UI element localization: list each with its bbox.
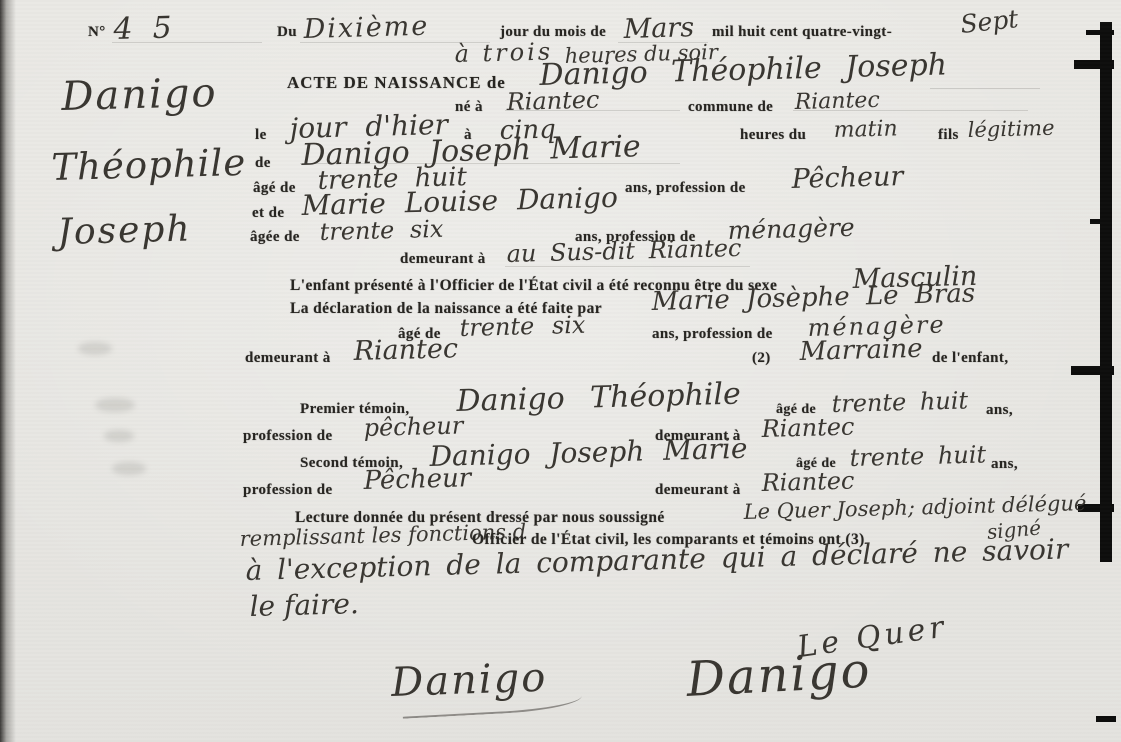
printed-ne-a: né à [455,99,483,116]
handwritten-day: Dixième [303,11,429,45]
printed-agee-de: âgée de [250,229,300,246]
printed-heures-du: heures du [740,127,806,144]
declarant-residence: Riantec [353,333,458,367]
witness2-profession-de: profession de [243,482,333,499]
margin-middle-name: Joseph [57,209,192,253]
father-profession: Pêcheur [791,161,903,195]
right-binding-bar [1100,22,1112,562]
declarant-role: Marraine [799,334,923,367]
commune: Riantec [794,88,880,115]
printed-demeurant-a: demeurant à [400,251,486,268]
ink-bleed-smudge [78,342,112,355]
left-binding-shadow [0,0,16,742]
birthplace: Riantec [506,86,600,116]
exception-line-2: le faire. [249,587,359,623]
stitch-mark [1086,30,1114,35]
handwritten-year: Sept [959,4,1020,39]
printed-ans-profession-3: ans, profession de [652,326,773,343]
printed-le: le [255,127,267,144]
birth-period: matin [833,116,898,143]
printed-age-de: âgé de [253,180,296,197]
mother-profession: ménagère [727,213,855,245]
printed-ref-2: (2) [752,350,771,367]
witness2-ans: ans, [991,456,1018,473]
printed-year-prefix: mil huit cent quatre-vingt- [712,24,892,41]
ink-bleed-smudge [112,462,146,475]
ink-bleed-smudge [95,398,135,412]
stitch-mark [1090,219,1112,224]
stitch-mark [1071,366,1114,375]
witness2-residence: Riantec [761,467,855,497]
witness1-profession: pêcheur [363,411,463,442]
printed-du: Du [277,24,297,41]
ink-bleed-smudge [104,430,134,442]
stitch-mark [1074,60,1114,69]
printed-de: de [255,155,271,172]
margin-first-name: Théophile [51,141,247,189]
witness2-profession: Pêcheur [363,463,471,496]
record-number: 45 [113,10,192,47]
mother-name: Marie Louise Danigo [301,181,618,222]
declarant-age: trente six [459,311,585,342]
record-number-label: N° [88,24,106,41]
witness2-age: trente huit [849,440,986,472]
printed-demeurant-a-2: demeurant à [245,350,331,367]
register-page-scan: Danigo Théophile Joseph N° 45 Du Dixième… [0,0,1121,742]
field-underline [930,88,1040,89]
printed-fils: fils [938,127,959,144]
act-title: ACTE DE NAISSANCE de [287,73,506,93]
witness1-name: Danigo Théophile [456,377,741,419]
printed-et-de: et de [252,205,284,222]
parents-residence: au Sus-dit Riantec [506,234,741,268]
stitch-mark [1096,716,1116,722]
witness1-residence: Riantec [761,413,855,443]
mother-age: trente six [319,215,443,246]
witness1-profession-de: profession de [243,428,333,445]
printed-de-lenfant: de l'enfant, [932,350,1008,367]
witness2-name: Danigo Joseph Marie [429,432,748,473]
legitime: légitime [967,116,1054,142]
margin-surname: Danigo [61,70,218,120]
witness1-ans: ans, [986,402,1013,419]
signature-witness2: Danigo [685,642,873,708]
witness2-demeurant-a: demeurant à [655,482,741,499]
printed-ans-profession: ans, profession de [625,180,746,197]
printed-commune-de: commune de [688,99,773,116]
